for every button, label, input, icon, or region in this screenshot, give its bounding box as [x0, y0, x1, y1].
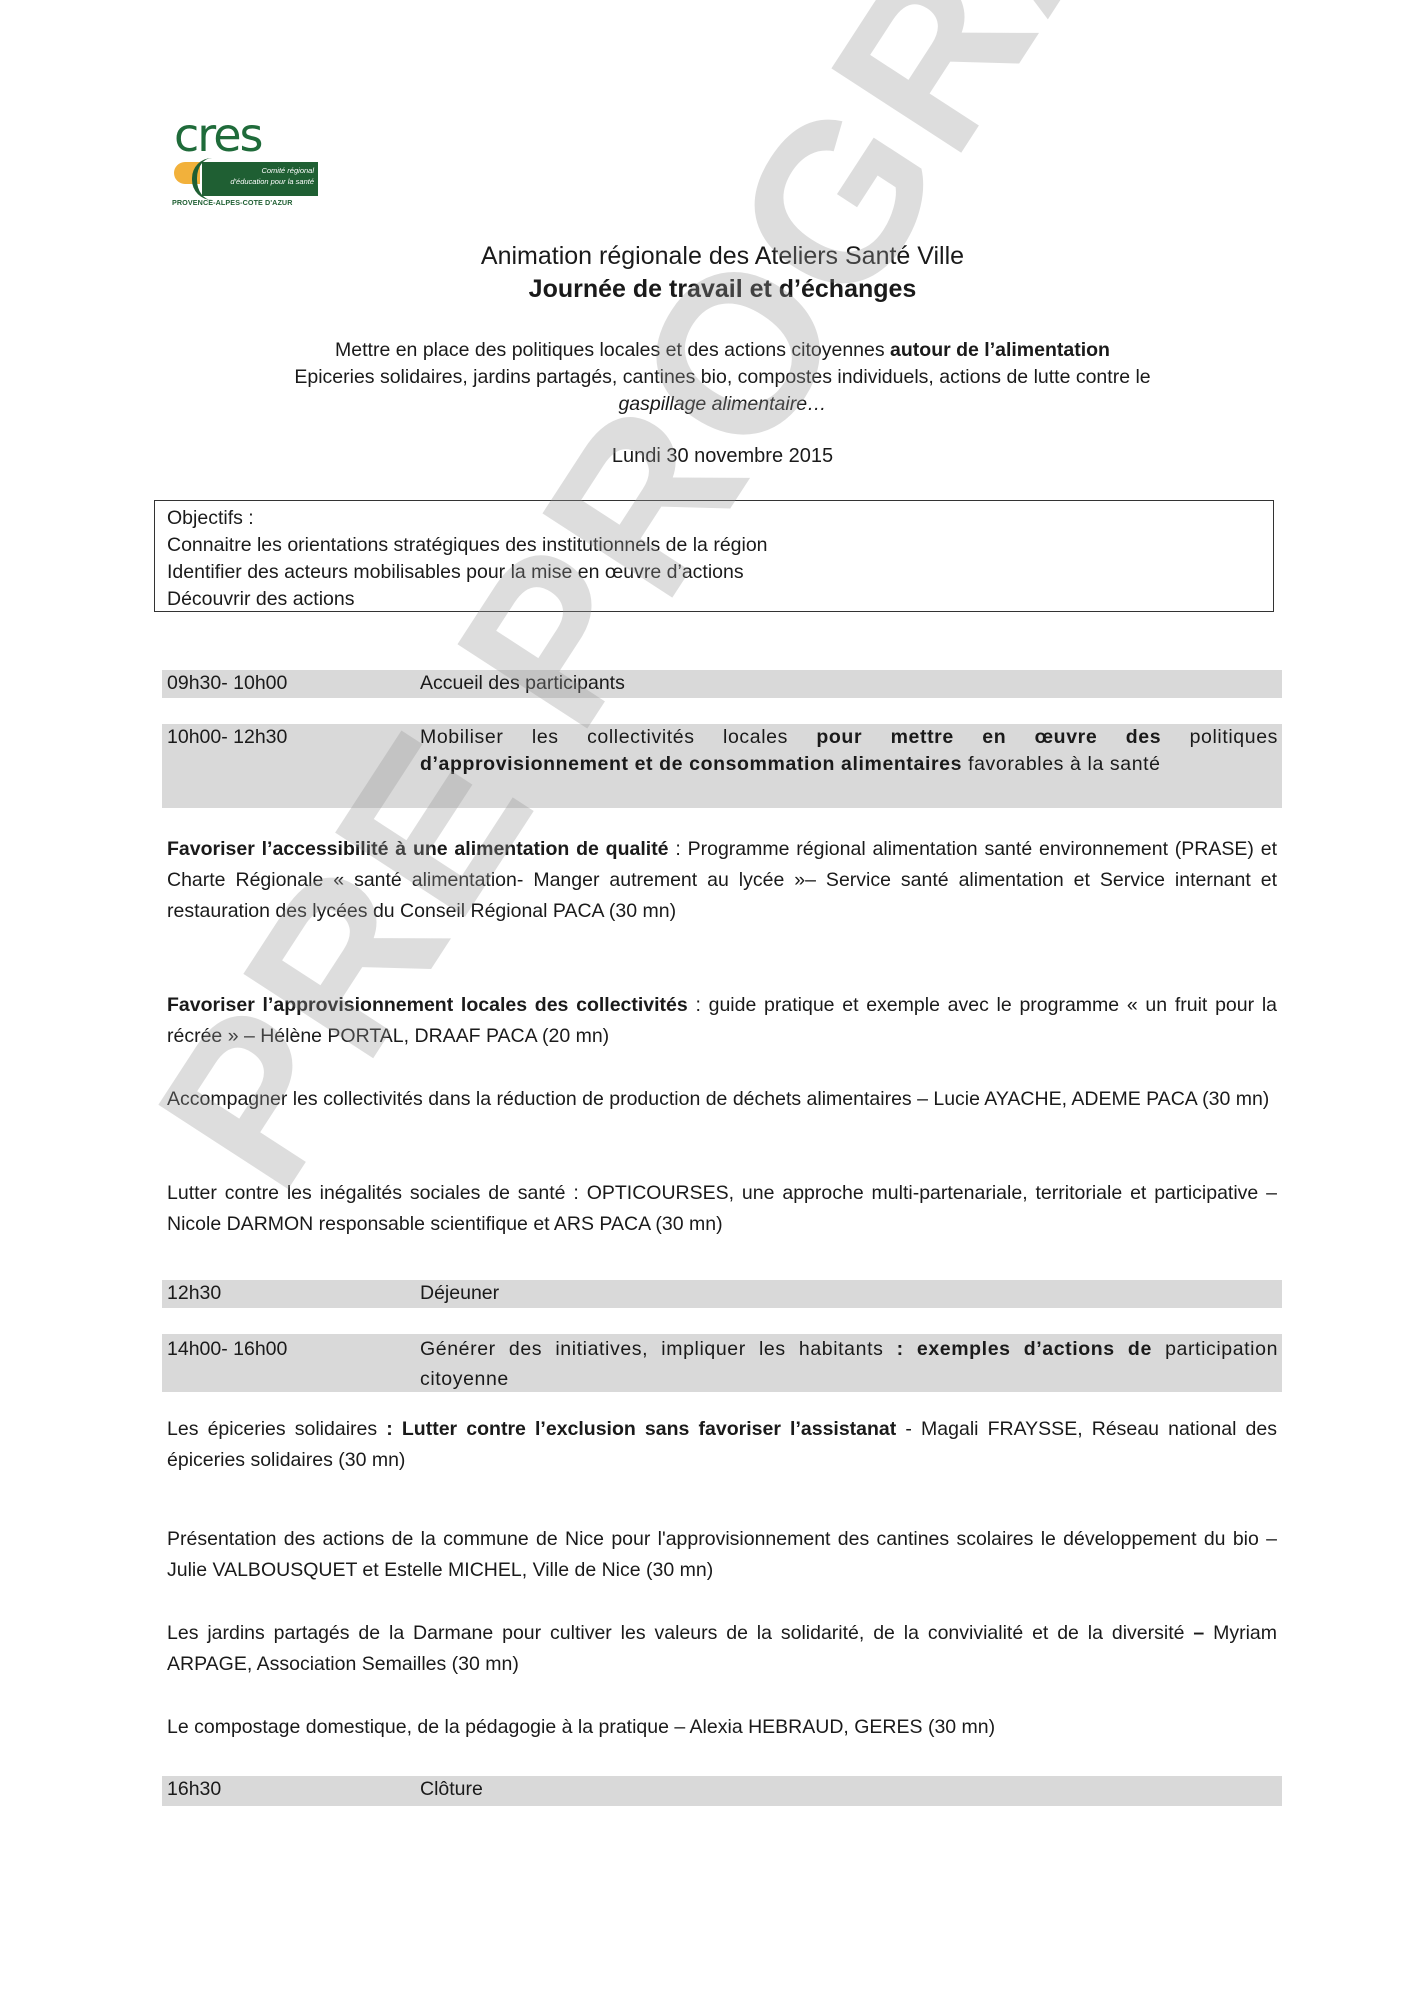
schedule-time: 09h30- 10h00 — [162, 670, 420, 698]
talk-item: Favoriser l’approvisionnement locales de… — [167, 990, 1277, 1052]
objectives-box: Objectifs : Connaitre les orientations s… — [154, 500, 1274, 612]
logo-swirl-shape — [192, 158, 221, 200]
talk-item: Accompagner les collectivités dans la ré… — [167, 1084, 1277, 1115]
objective-item: Identifier des acteurs mobilisables pour… — [167, 559, 1261, 586]
talk-item: Favoriser l’accessibilité à une alimenta… — [167, 834, 1277, 927]
schedule-row-morning-session: 10h00- 12h30 Mobiliser les collectivités… — [162, 724, 1282, 808]
talk-item: Le compostage domestique, de la pédagogi… — [167, 1712, 1277, 1743]
logo-region: PROVENCE-ALPES-COTE D'AZUR — [172, 198, 293, 207]
theme-block: Mettre en place des politiques locales e… — [160, 337, 1285, 418]
objective-item: Découvrir des actions — [167, 586, 1261, 613]
schedule-row-afternoon-session: 14h00- 16h00 Générer des initiatives, im… — [162, 1334, 1282, 1392]
talk-item: Présentation des actions de la commune d… — [167, 1524, 1277, 1586]
talk-item: Les épiceries solidaires : Lutter contre… — [167, 1414, 1277, 1476]
schedule-title: Déjeuner — [420, 1280, 1282, 1308]
objectives-label: Objectifs : — [167, 505, 1261, 532]
schedule-title: Accueil des participants — [420, 670, 1282, 698]
document-subtitle: Journée de travail et d’échanges — [160, 275, 1285, 304]
schedule-title: Mobiliser les collectivités locales pour… — [420, 724, 1282, 808]
schedule-title: Générer des initiatives, impliquer les h… — [420, 1334, 1282, 1392]
schedule-row-closing: 16h30 Clôture — [162, 1776, 1282, 1806]
logo-wordmark: cres — [174, 112, 261, 158]
cres-logo: cres Comité régional d'éducation pour la… — [172, 118, 322, 210]
schedule-time: 12h30 — [162, 1280, 420, 1308]
schedule-time: 16h30 — [162, 1776, 420, 1806]
schedule-time: 10h00- 12h30 — [162, 724, 420, 808]
schedule-time: 14h00- 16h00 — [162, 1334, 420, 1392]
talk-item: Lutter contre les inégalités sociales de… — [167, 1178, 1277, 1240]
objective-item: Connaitre les orientations stratégiques … — [167, 532, 1261, 559]
schedule-row-lunch: 12h30 Déjeuner — [162, 1280, 1282, 1308]
logo-tagline: Comité régional d'éducation pour la sant… — [230, 165, 314, 187]
talk-item: Les jardins partagés de la Darmane pour … — [167, 1618, 1277, 1680]
event-date: Lundi 30 novembre 2015 — [160, 445, 1285, 468]
schedule-row-welcome: 09h30- 10h00 Accueil des participants — [162, 670, 1282, 698]
schedule-title: Clôture — [420, 1776, 1282, 1806]
document-title: Animation régionale des Ateliers Santé V… — [160, 242, 1285, 271]
